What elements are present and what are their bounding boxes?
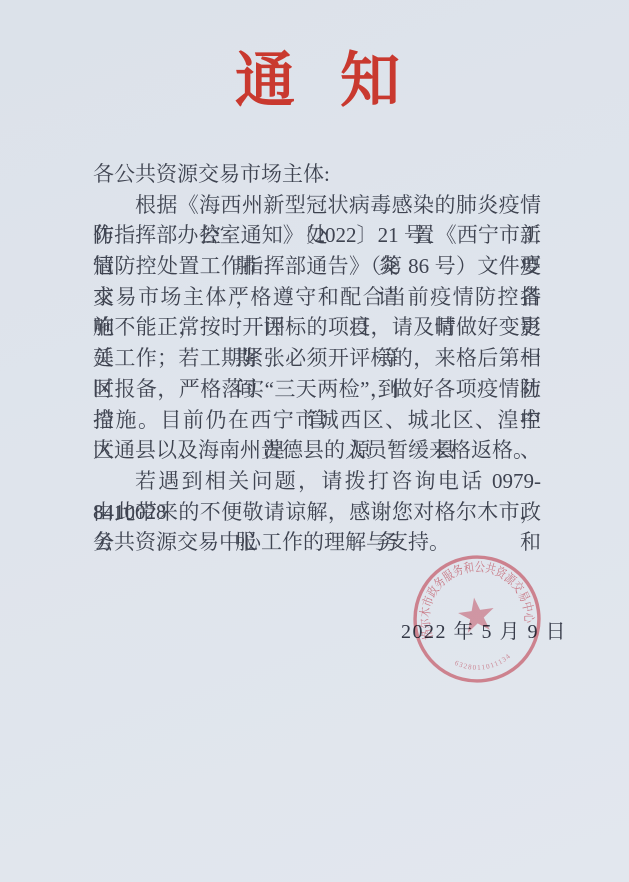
body-line: 由此带来的不便敬请谅解，感谢您对格尔木市政务服务和	[93, 497, 541, 528]
body-line: 根据《海西州新型冠状病毒感染的肺炎疫情防控处置工	[93, 190, 541, 221]
body-line: 大通县以及海南州贵德县的人员暂缓来格返格。	[93, 435, 541, 466]
seal-code: 6328011011134	[452, 651, 514, 675]
notice-title: 通 知	[6, 50, 629, 112]
notice-body: 各公共资源交易市场主体: 根据《海西州新型冠状病毒感染的肺炎疫情防控处置工 作指…	[93, 159, 541, 558]
body-line: 作指挥部办公室通知》〔2022〕21 号、《西宁市新冠肺炎疫	[93, 220, 541, 251]
body-line: 关工作；若工期紧张必须开评标的，来格后第一时间到社	[93, 343, 541, 374]
salutation: 各公共资源交易市场主体:	[93, 159, 541, 190]
notice-date: 2022 年 5 月 9 日	[401, 621, 567, 643]
body-line: 交易市场主体严格遵守和配合当前疫情防控措施，因疫情影	[93, 282, 541, 313]
body-line: 响不能正常按时开评标的项目，请及时做好变更延期等相	[93, 312, 541, 343]
body-line: 情防控处置工作指挥部通告》（第 86 号）文件要求，请各	[93, 251, 541, 282]
scanned-notice-page: 通 知 各公共资源交易市场主体: 根据《海西州新型冠状病毒感染的肺炎疫情防控处置…	[0, 0, 629, 882]
body-line: 区报备，严格落实“三天两检”，做好各项疫情防控管控	[93, 374, 541, 405]
body-line: 若遇到相关问题，请拨打咨询电话 0979-8410028，	[93, 466, 541, 497]
official-seal-graphic: ★ 格尔木市政务服务和公共资源交易中心 6328011011134	[402, 544, 551, 693]
body-line: 措施。目前仍在西宁市城西区、城北区、湟中区、湟源县、	[93, 405, 541, 436]
seal-ring	[407, 549, 547, 689]
official-seal: ★ 格尔木市政务服务和公共资源交易中心 6328011011134	[402, 544, 551, 693]
